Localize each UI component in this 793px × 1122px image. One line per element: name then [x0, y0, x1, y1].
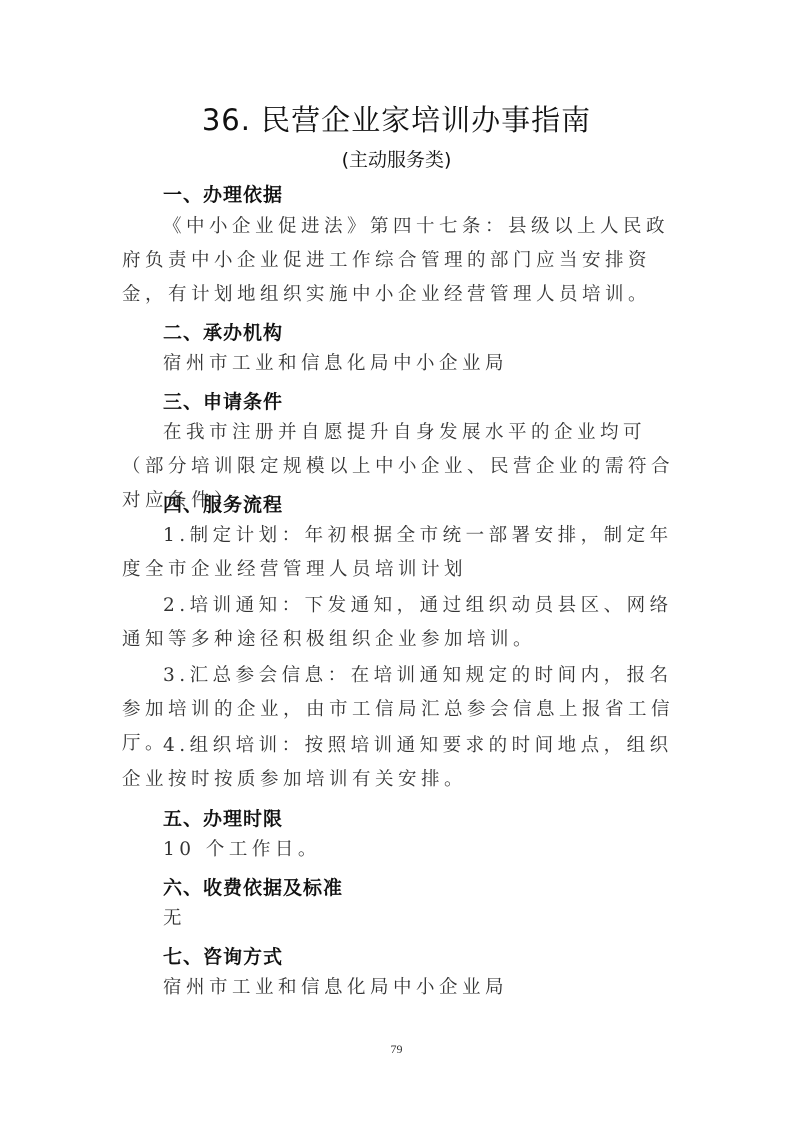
section-paragraph: 2.培训通知：下发通知，通过组织动员县区、网络通知等多种途径积极组织企业参加培训… [122, 589, 682, 657]
section-paragraph: 宿州市工业和信息化局中小企业局 [163, 971, 723, 1005]
section-paragraph: 《中小企业促进法》第四十七条：县级以上人民政府负责中小企业促进工作综合管理的部门… [122, 210, 682, 312]
section-paragraph: 10 个工作日。 [163, 833, 723, 867]
section-heading-organization: 二、承办机构 [163, 318, 283, 345]
section-heading-process: 四、服务流程 [163, 490, 283, 517]
section-paragraph: 4.组织培训：按照培训通知要求的时间地点，组织企业按时按质参加培训有关安排。 [122, 729, 682, 797]
section-heading-conditions: 三、申请条件 [163, 387, 283, 414]
section-heading-fees: 六、收费依据及标准 [163, 873, 343, 900]
page-subtitle: (主动服务类) [0, 145, 793, 172]
section-paragraph: 宿州市工业和信息化局中小企业局 [163, 347, 723, 381]
section-heading-basis: 一、办理依据 [163, 180, 283, 207]
section-paragraph: 1.制定计划：年初根据全市统一部署安排，制定年度全市企业经营管理人员培训计划 [122, 519, 682, 587]
section-paragraph: 无 [163, 902, 723, 936]
section-heading-time-limit: 五、办理时限 [163, 804, 283, 831]
section-heading-contact: 七、咨询方式 [163, 942, 283, 969]
page-title: 36. 民营企业家培训办事指南 [0, 98, 793, 139]
page-number: 79 [0, 1042, 793, 1057]
